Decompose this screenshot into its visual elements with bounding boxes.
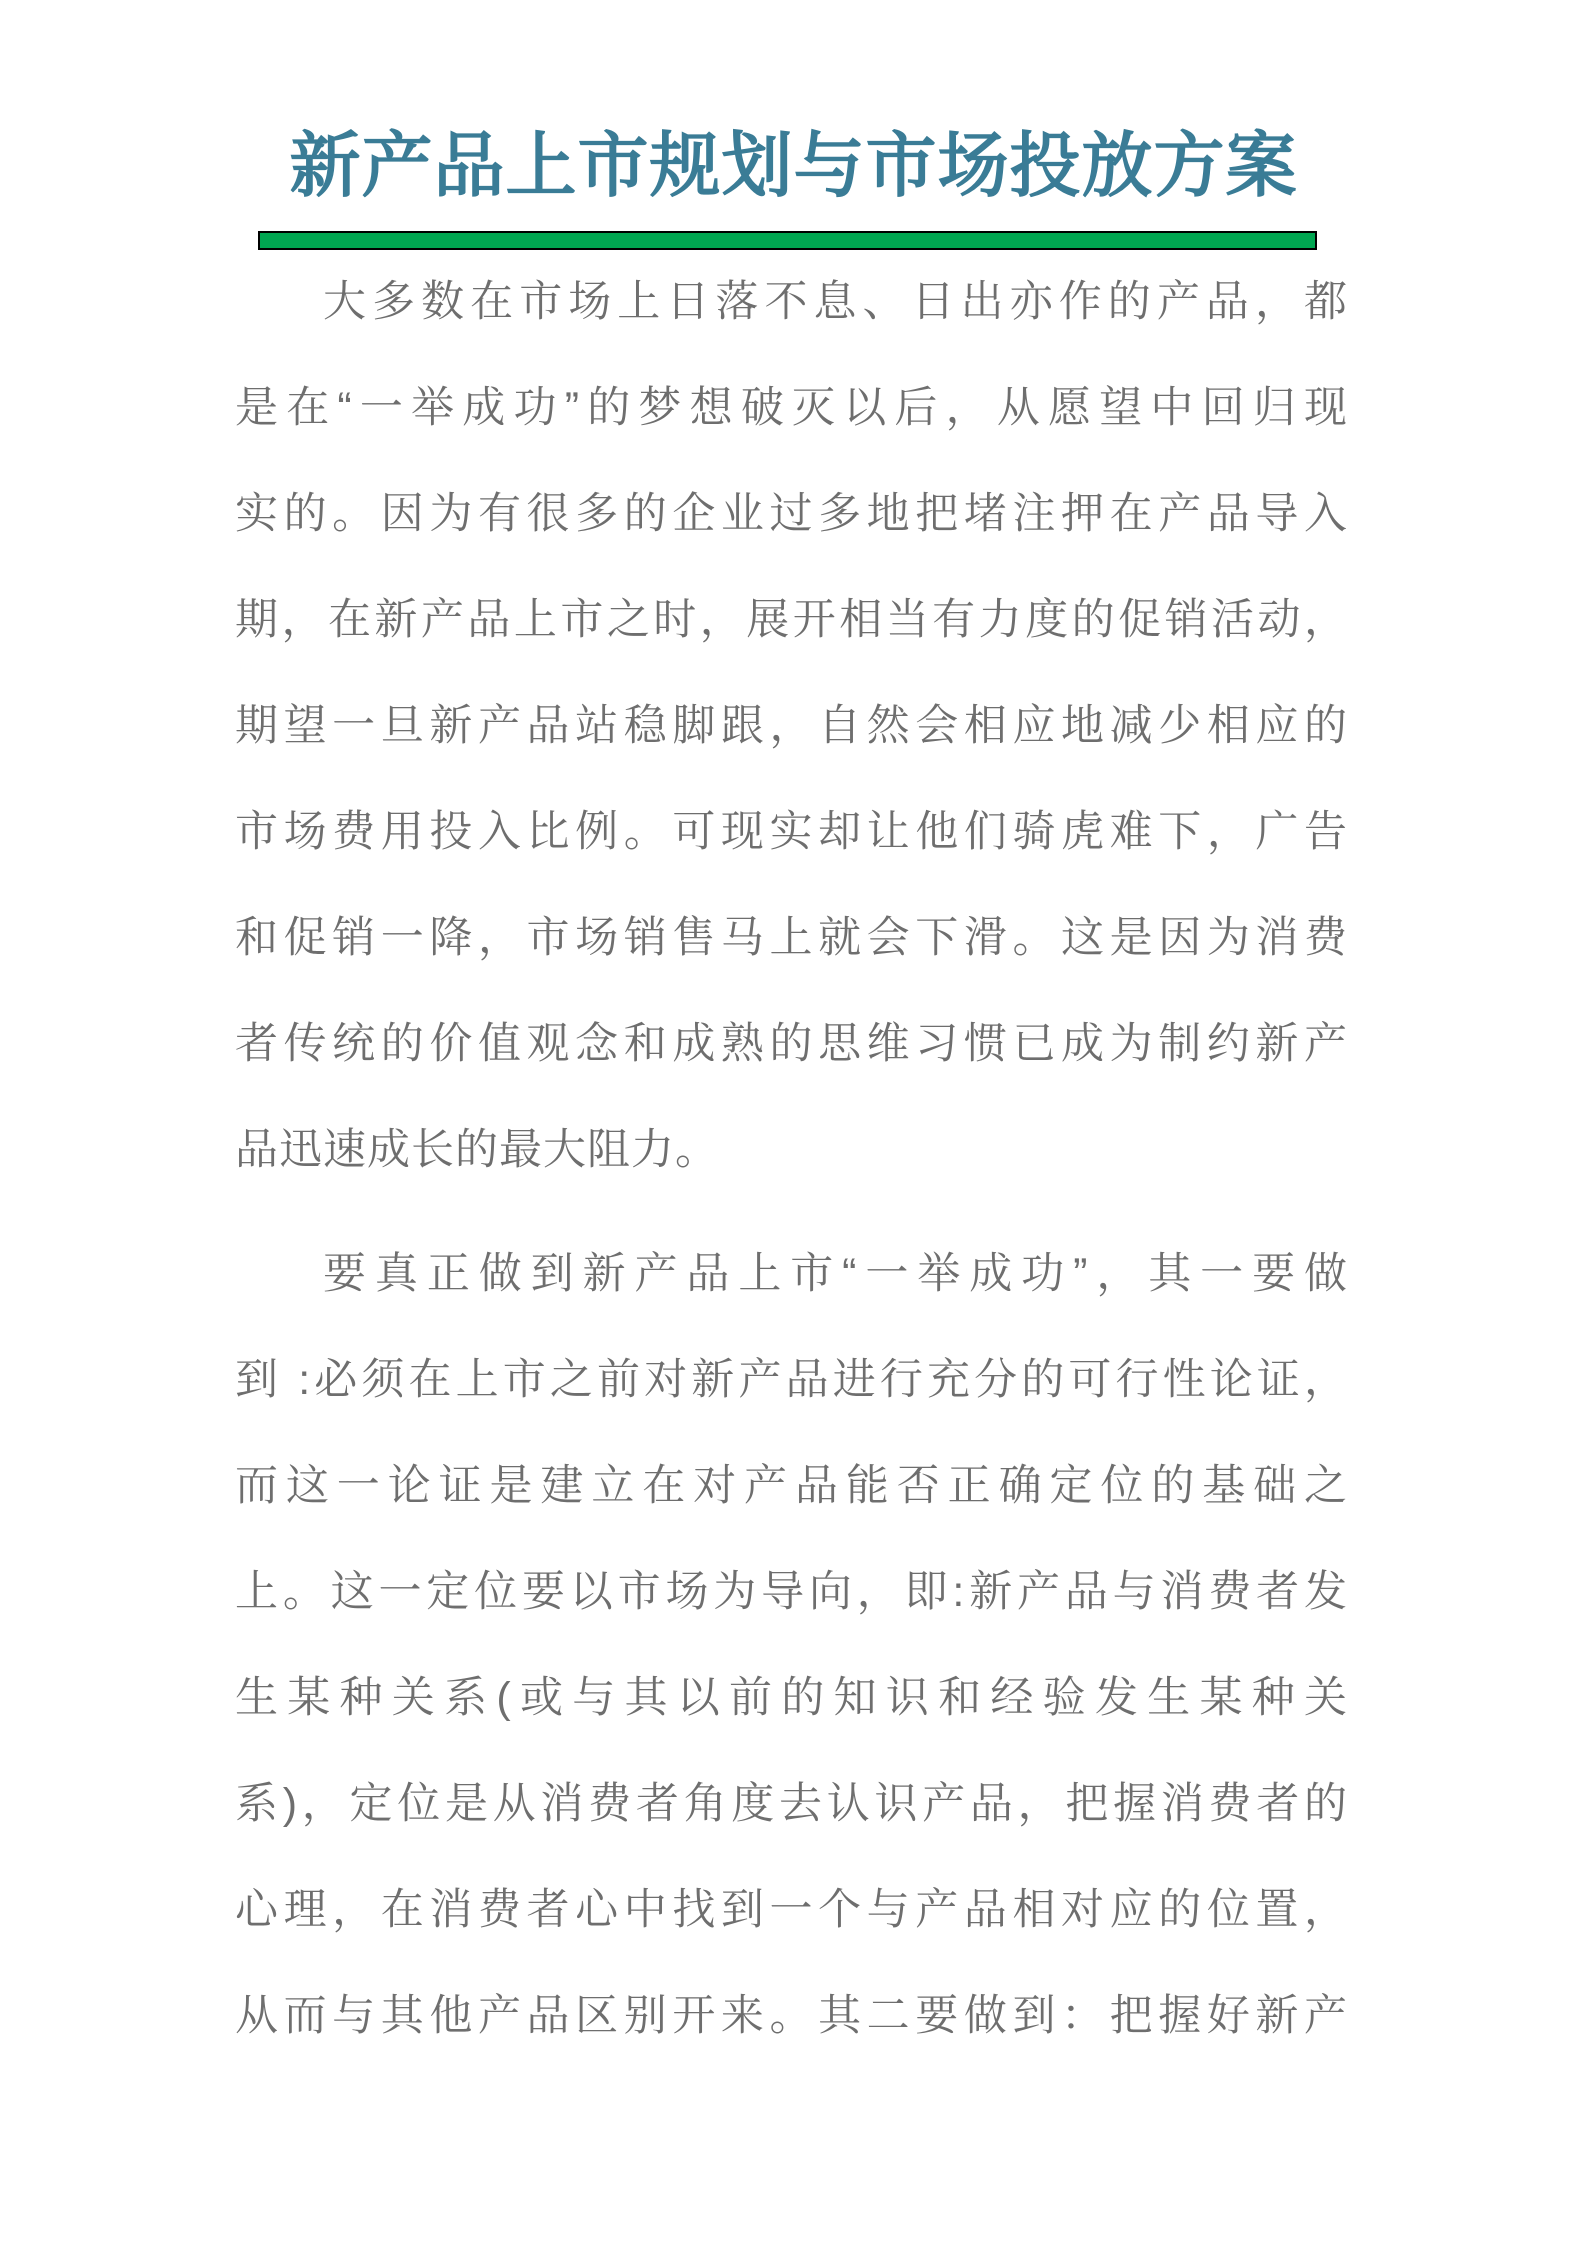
text-line: 大多数在市场上日落不息、日出亦作的产品，都: [235, 249, 1348, 355]
document-body: 大多数在市场上日落不息、日出亦作的产品，都是在“一举成功”的梦想破灭以后，从愿望…: [235, 249, 1348, 2069]
text-line: 上。这一定位要以市场为导向，即:新产品与消费者发: [235, 1539, 1348, 1645]
text-line: 生某种关系(或与其以前的知识和经验发生某种关: [235, 1645, 1348, 1751]
text-line: 品迅速成长的最大阻力。: [235, 1097, 1348, 1203]
document-page: 新产品上市规划与市场投放方案 大多数在市场上日落不息、日出亦作的产品，都是在“一…: [0, 0, 1587, 2245]
title-underline-bar: [258, 231, 1317, 250]
text-line: 者传统的价值观念和成熟的思维习惯已成为制约新产: [235, 991, 1348, 1097]
paragraph: 要真正做到新产品上市“一举成功”，其一要做到 :必须在上市之前对新产品进行充分的…: [235, 1221, 1348, 2069]
text-line: 和促销一降，市场销售马上就会下滑。这是因为消费: [235, 885, 1348, 991]
text-line: 市场费用投入比例。可现实却让他们骑虎难下，广告: [235, 779, 1348, 885]
text-line: 到 :必须在上市之前对新产品进行充分的可行性论证，: [235, 1327, 1348, 1433]
text-line: 要真正做到新产品上市“一举成功”，其一要做: [235, 1221, 1348, 1327]
text-line: 实的。因为有很多的企业过多地把堵注押在产品导入: [235, 461, 1348, 567]
text-line: 从而与其他产品区别开来。其二要做到：把握好新产: [235, 1963, 1348, 2069]
text-line: 期，在新产品上市之时，展开相当有力度的促销活动，: [235, 567, 1348, 673]
paragraph: 大多数在市场上日落不息、日出亦作的产品，都是在“一举成功”的梦想破灭以后，从愿望…: [235, 249, 1348, 1203]
text-line: 期望一旦新产品站稳脚跟，自然会相应地减少相应的: [235, 673, 1348, 779]
text-line: 心理，在消费者心中找到一个与产品相对应的位置，: [235, 1857, 1348, 1963]
text-line: 而这一论证是建立在对产品能否正确定位的基础之: [235, 1433, 1348, 1539]
text-line: 系)，定位是从消费者角度去认识产品，把握消费者的: [235, 1751, 1348, 1857]
page-title: 新产品上市规划与市场投放方案: [0, 126, 1587, 208]
text-line: 是在“一举成功”的梦想破灭以后，从愿望中回归现: [235, 355, 1348, 461]
